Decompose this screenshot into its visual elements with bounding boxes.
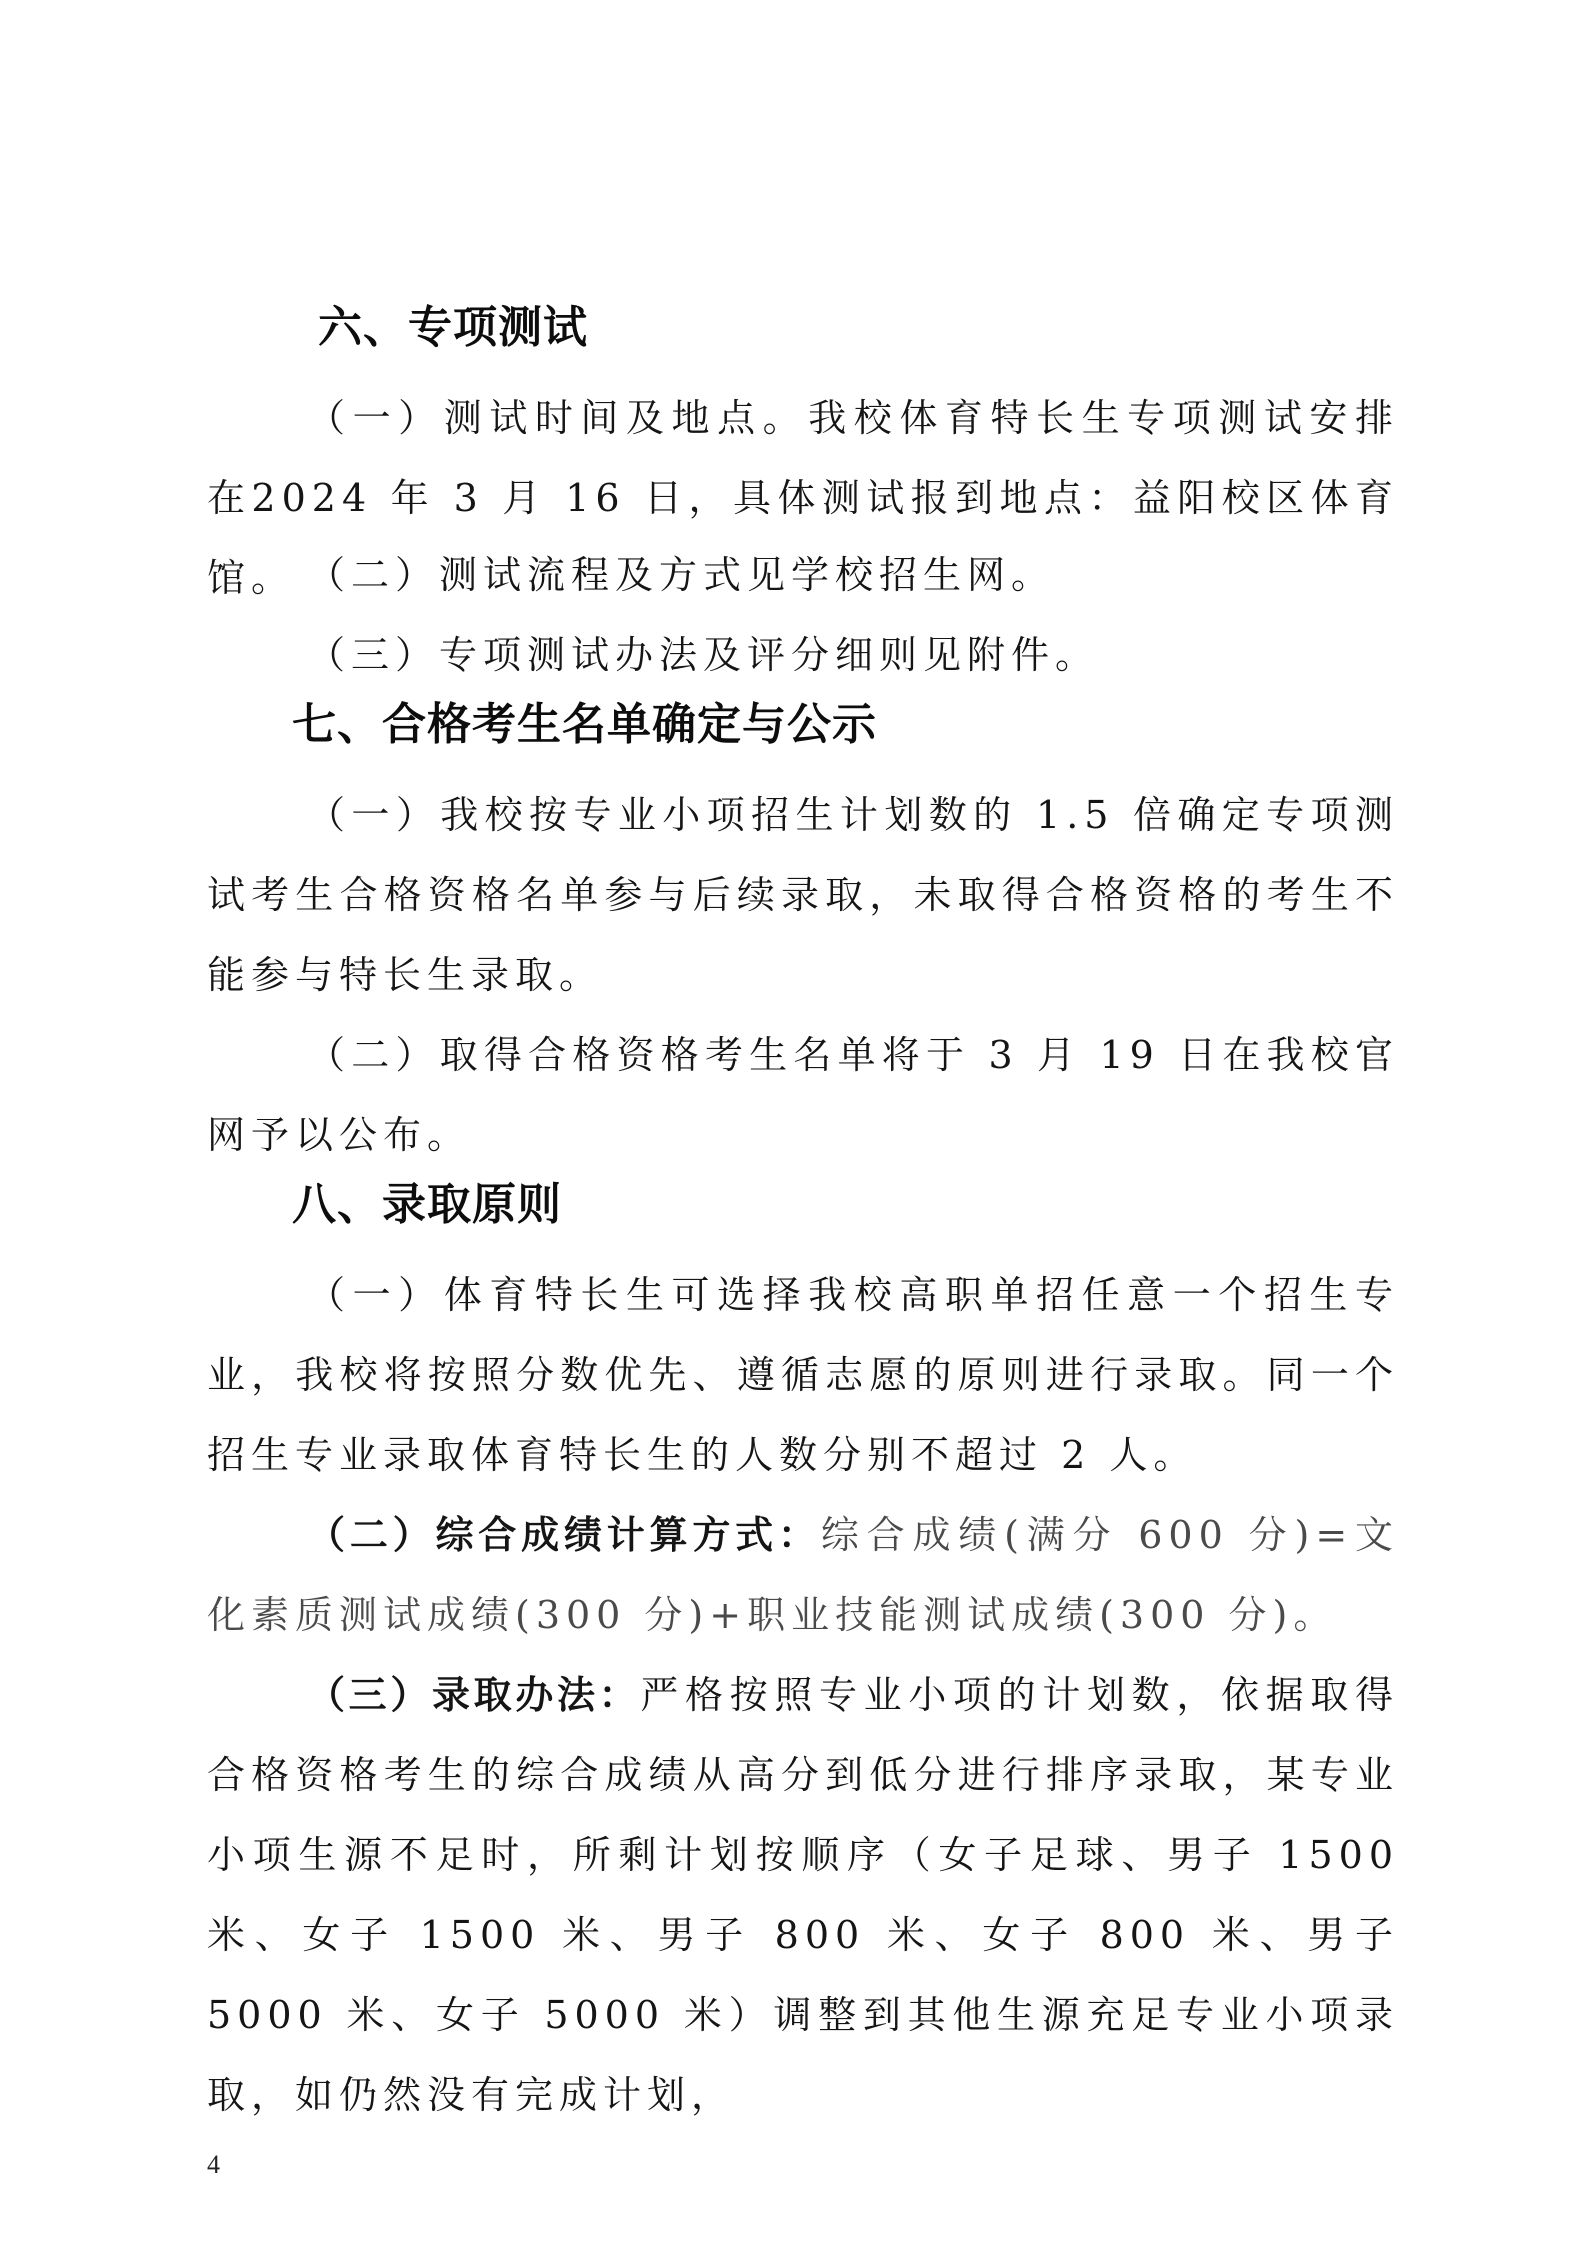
paragraph-8-3-lead: （三）录取办法： (307, 1673, 640, 1717)
paragraph-8-3-text: 严格按照专业小项的计划数，依据取得合格资格考生的综合成绩从高分到低分进行排序录取… (207, 1673, 1399, 2117)
paragraph-6-3: （三）专项测试办法及评分细则见附件。 (207, 615, 1399, 695)
section-heading-special-test: 六、专项测试 (318, 298, 588, 358)
paragraph-8-2: （二）综合成绩计算方式：综合成绩(满分 600 分)=文化素质测试成绩(300 … (207, 1495, 1399, 1655)
paragraph-8-3: （三）录取办法：严格按照专业小项的计划数，依据取得合格资格考生的综合成绩从高分到… (207, 1655, 1399, 2135)
paragraph-7-2: （二）取得合格资格考生名单将于 3 月 19 日在我校官网予以公布。 (207, 1015, 1399, 1175)
paragraph-6-2: （二）测试流程及方式见学校招生网。 (207, 535, 1399, 615)
page-number: 4 (207, 2150, 220, 2180)
paragraph-8-1: （一）体育特长生可选择我校高职单招任意一个招生专业，我校将按照分数优先、遵循志愿… (207, 1255, 1399, 1495)
section-heading-qualified-list: 七、合格考生名单确定与公示 (292, 695, 877, 755)
paragraph-8-2-lead: （二）综合成绩计算方式： (307, 1513, 821, 1557)
section-heading-admission-principles: 八、录取原则 (292, 1175, 562, 1235)
document-page: 六、专项测试 （一）测试时间及地点。我校体育特长生专项测试安排在2024 年 3… (0, 0, 1587, 2245)
paragraph-7-1: （一）我校按专业小项招生计划数的 1.5 倍确定专项测试考生合格资格名单参与后续… (207, 775, 1399, 1015)
